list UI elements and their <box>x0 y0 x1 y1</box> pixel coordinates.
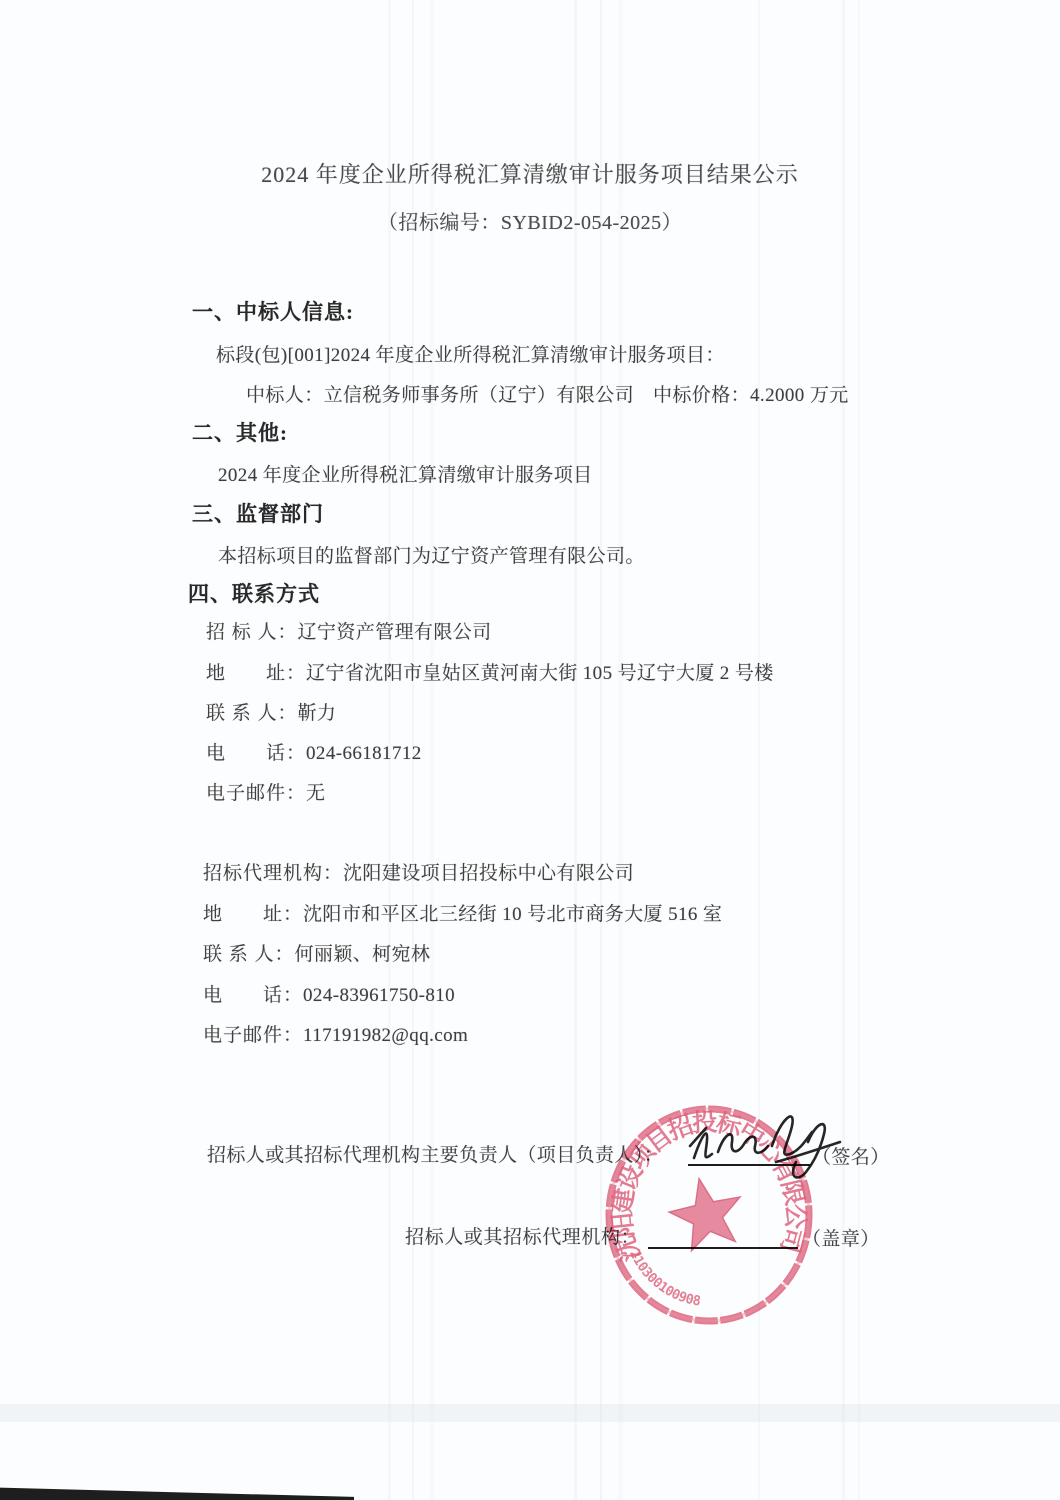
contact-value: 辽宁资产管理有限公司 <box>298 622 492 643</box>
lot-description-line: 标段(包)[001]2024 年度企业所得税汇算清缴审计服务项目： <box>216 340 725 367</box>
page-title: 2024 年度企业所得税汇算清缴审计服务项目结果公示 <box>0 158 1060 189</box>
section-heading-other: 二、其他: <box>192 417 288 447</box>
section-heading-winner-info: 一、中标人信息: <box>192 296 354 326</box>
supervision-body-line: 本招标项目的监督部门为辽宁资产管理有限公司。 <box>218 541 645 568</box>
contact-label: 电 话： <box>203 985 303 1006</box>
contact-label: 联 系 人： <box>203 944 295 965</box>
section-heading-supervision: 三、监督部门 <box>192 498 324 528</box>
contact-label: 联 系 人： <box>206 703 298 724</box>
scan-corner-artifact <box>0 1486 354 1500</box>
bid-number-line: （招标编号：SYBID2-054-2025） <box>0 206 1060 235</box>
contact-label: 电子邮件： <box>206 783 306 804</box>
contact-value: 沈阳市和平区北三经街 10 号北市商务大厦 516 室 <box>303 904 722 925</box>
contact-row-agency: 电子邮件：117191982@qq.com <box>203 1020 468 1047</box>
winner-name: 立信税务师事务所（辽宁）有限公司 <box>324 385 634 406</box>
contact-value: 靳力 <box>298 703 337 724</box>
contact-value: 无 <box>306 783 325 804</box>
winner-label: 中标人： <box>246 385 324 406</box>
contact-value: 117191982@qq.com <box>303 1025 468 1046</box>
contact-row-tenderer: 电 话：024-66181712 <box>206 738 422 765</box>
winner-line: 中标人：立信税务师事务所（辽宁）有限公司 <box>246 380 634 407</box>
contact-row-tenderer: 电子邮件：无 <box>206 778 325 805</box>
other-body-line: 2024 年度企业所得税汇算清缴审计服务项目 <box>218 460 593 487</box>
contact-label: 地 址： <box>206 663 306 684</box>
contact-row-agency: 电 话：024-83961750-810 <box>203 980 455 1007</box>
contact-value: 沈阳建设项目招投标中心有限公司 <box>343 863 634 884</box>
contact-value: 辽宁省沈阳市皇姑区黄河南大街 105 号辽宁大厦 2 号楼 <box>306 663 774 684</box>
handwritten-signature <box>684 1098 844 1184</box>
contact-label: 招标代理机构： <box>203 863 343 884</box>
contact-label: 地 址： <box>203 904 303 925</box>
price-label: 中标价格： <box>653 385 750 406</box>
contact-label: 电子邮件： <box>203 1025 303 1046</box>
contact-label: 电 话： <box>206 743 306 764</box>
section-heading-contact: 四、联系方式 <box>188 578 320 608</box>
contact-row-tenderer: 地 址：辽宁省沈阳市皇姑区黄河南大街 105 号辽宁大厦 2 号楼 <box>206 658 774 685</box>
scan-band <box>0 1404 1060 1422</box>
contact-value: 024-66181712 <box>306 743 422 764</box>
scanned-document-page: 2024 年度企业所得税汇算清缴审计服务项目结果公示 （招标编号：SYBID2-… <box>0 0 1060 1500</box>
contact-row-agency: 招标代理机构：沈阳建设项目招投标中心有限公司 <box>203 858 634 885</box>
contact-value: 024-83961750-810 <box>303 985 455 1006</box>
contact-value: 何丽颖、柯宛林 <box>295 944 431 965</box>
contact-row-tenderer: 招 标 人：辽宁资产管理有限公司 <box>206 617 492 644</box>
contact-row-tenderer: 联 系 人：靳力 <box>206 698 336 725</box>
price-value: 4.2000 万元 <box>750 385 849 406</box>
contact-row-agency: 联 系 人：何丽颖、柯宛林 <box>203 939 430 966</box>
contact-row-agency: 地 址：沈阳市和平区北三经街 10 号北市商务大厦 516 室 <box>203 899 722 926</box>
contact-label: 招 标 人： <box>206 622 298 643</box>
price-line: 中标价格：4.2000 万元 <box>653 380 849 407</box>
